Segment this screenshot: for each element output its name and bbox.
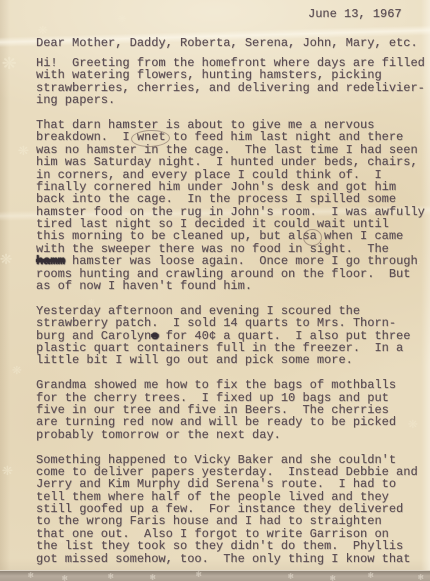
letter-date: June 13, 1967 bbox=[308, 7, 402, 21]
snowflake-icon: ❄ bbox=[28, 572, 33, 581]
letter-line: as of now I haven't found him. bbox=[36, 280, 430, 292]
snowflake-icon: ❄ bbox=[330, 575, 335, 581]
salutation: Dear Mother, Daddy, Roberta, Serena, Joh… bbox=[36, 36, 418, 50]
letter-line: got missed somehow, too. The only thing … bbox=[36, 553, 430, 565]
text-segment: got missed somehow, too. The only thing … bbox=[36, 552, 410, 566]
letter-line: little bit I will go out and pick some m… bbox=[36, 354, 430, 366]
snowflake-icon: ❄ bbox=[288, 573, 293, 581]
paragraph: Something happened to Vicky Baker and sh… bbox=[36, 454, 430, 566]
typo-circle-annotation bbox=[303, 229, 322, 246]
snowflake-icon: ❄ bbox=[368, 572, 373, 581]
snowflake-icon: ❄ bbox=[418, 574, 423, 581]
paragraph: Hi! Greeting from the homefront where da… bbox=[36, 57, 430, 107]
paragraph: That darn hamster is about to give me a … bbox=[36, 119, 430, 292]
letter-line: probably tomorrow or the next day. bbox=[36, 429, 430, 441]
letter-body: Hi! Greeting from the homefront where da… bbox=[36, 57, 430, 577]
text-segment: probably tomorrow or the next day. bbox=[36, 428, 281, 442]
background-paper-edge: ❄❄❄❄❄❄❄❄❄ bbox=[0, 570, 430, 581]
text-segment: as of now I haven't found him. bbox=[36, 279, 252, 293]
paragraph: Yesterday afternoon and evening I scoure… bbox=[36, 305, 430, 367]
snowflake-icon: ❄ bbox=[62, 575, 67, 581]
letter-scan: ❋❋❋❋❋❋❋❋❋❋❋❋❋❋❋❋❋❋ June 13, 1967 Dear Mo… bbox=[0, 0, 430, 581]
snowflake-icon: ❄ bbox=[196, 571, 201, 580]
paragraph: Grandma showed me how to fix the bags of… bbox=[36, 379, 430, 441]
snowflake-icon: ❄ bbox=[150, 574, 155, 581]
text-segment: ing papers. bbox=[36, 93, 115, 107]
text-segment: little bit I will go out and pick some m… bbox=[36, 353, 353, 367]
letter-line: ing papers. bbox=[36, 94, 430, 106]
snowflake-icon: ❄ bbox=[108, 573, 113, 581]
letter-content: June 13, 1967 Dear Mother, Daddy, Robert… bbox=[0, 0, 430, 581]
